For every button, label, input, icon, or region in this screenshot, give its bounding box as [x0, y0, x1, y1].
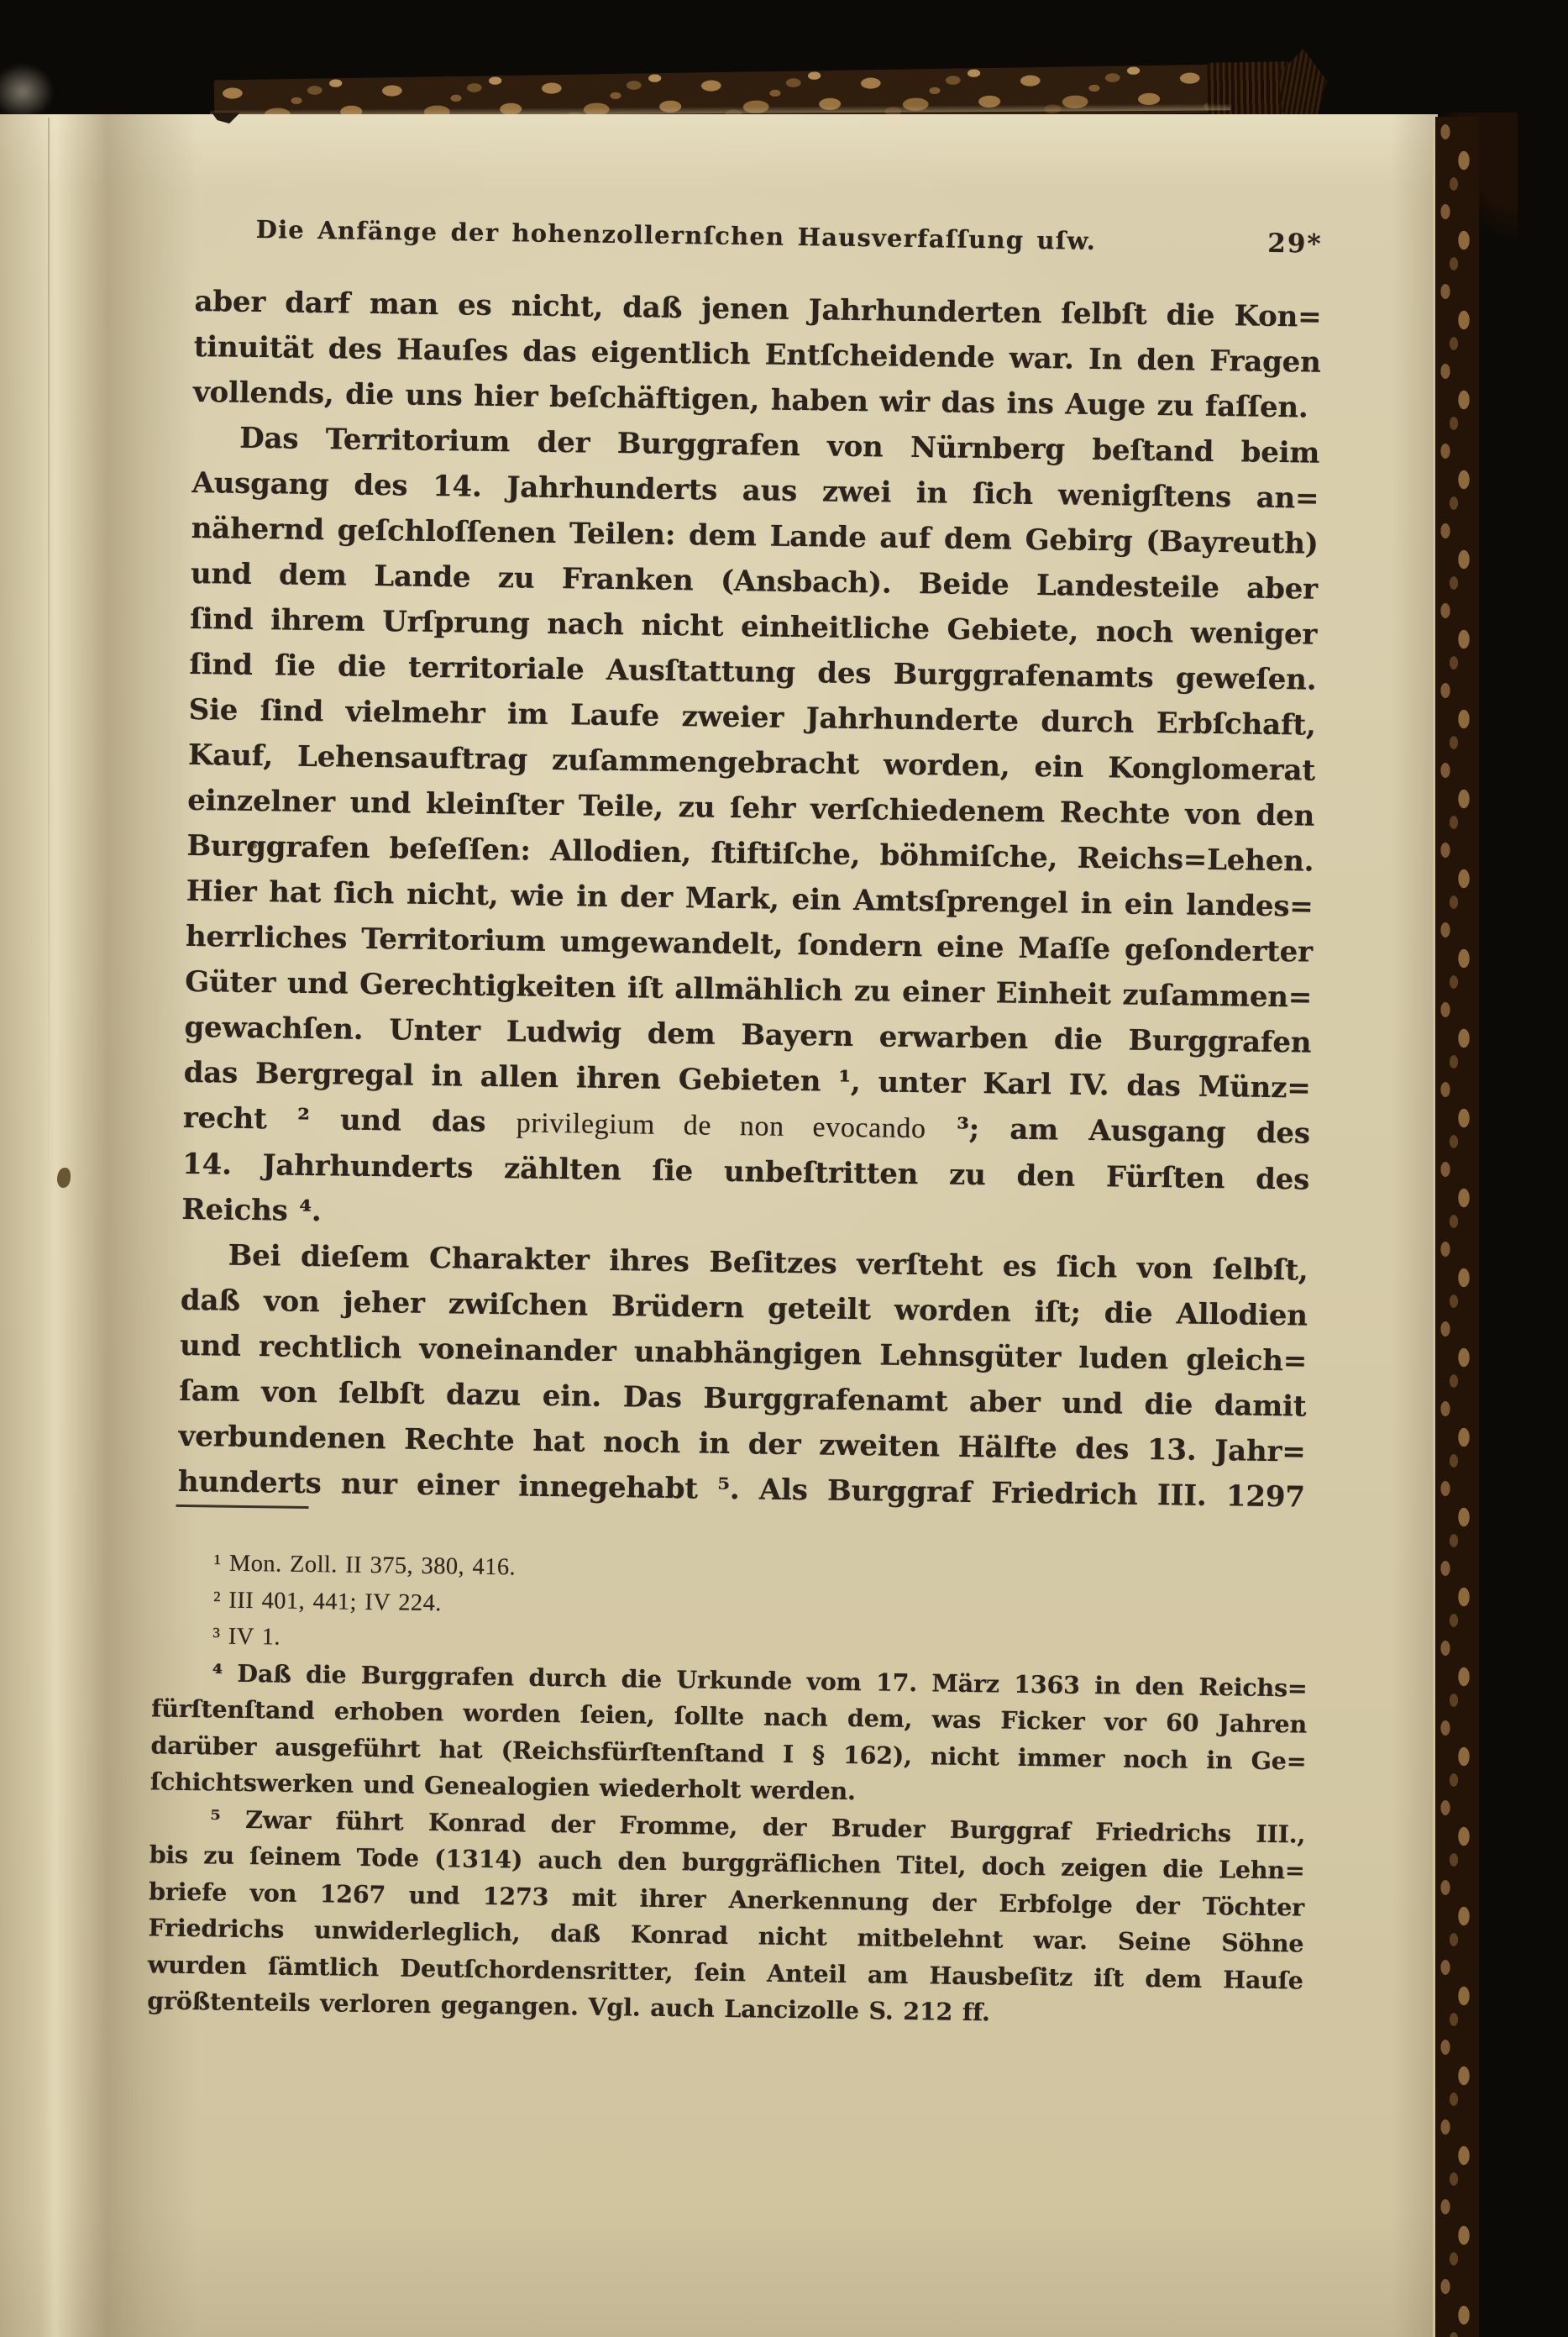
latin-phrase: privilegium de non evocando	[516, 1107, 926, 1144]
page-number: 29*	[1267, 228, 1323, 260]
binding-fuzz	[0, 64, 54, 119]
book-fore-edge-strip	[1433, 117, 1479, 2337]
paragraph: aber darf man es nicht, daß jenen Jahrhu…	[193, 279, 1322, 431]
footnote: ⁵ Zwar führt Konrad der Fromme, der Brud…	[147, 1800, 1306, 2035]
footnotes: ¹ Mon. Zoll. II 375, 380, 416.² III 401,…	[147, 1544, 1309, 2035]
gutter-page-edge-line	[48, 118, 50, 1226]
book-scan: Die Anfänge der hohenzollernſchen Hausve…	[0, 0, 1568, 2337]
paragraph: Das Territorium der Burggrafen von Nürnb…	[181, 415, 1319, 1248]
text-segment: recht ² und das	[183, 1101, 517, 1140]
body-text: aber darf man es nicht, daß jenen Jahrhu…	[178, 279, 1322, 1520]
text-segment: ³; am Ausgang des	[926, 1111, 1310, 1150]
paragraph: Bei dieſem Charakter ihres Beſitzes verſ…	[178, 1232, 1308, 1520]
footnote: ⁴ Daß die Burggrafen durch die Urkunde v…	[150, 1654, 1308, 1816]
